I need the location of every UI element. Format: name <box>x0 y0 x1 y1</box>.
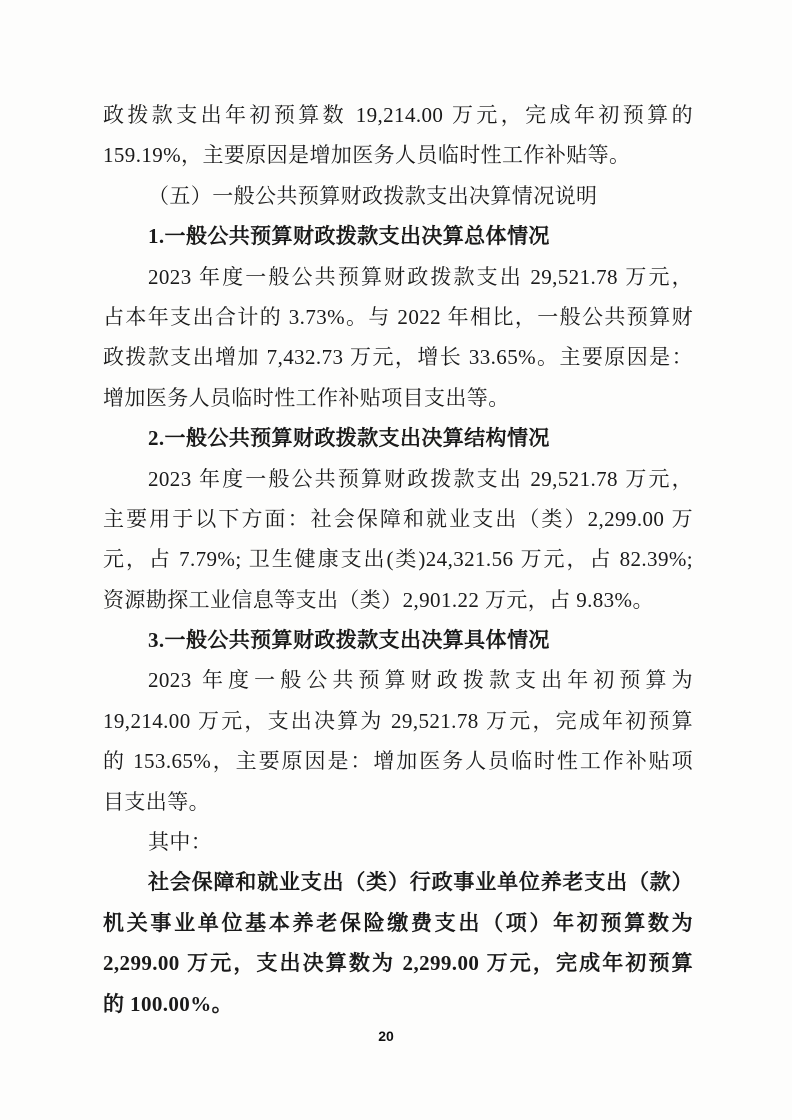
document-page: 政拨款支出年初预算数 19,214.00 万元，完成年初预算的 159.19%，… <box>0 0 792 1120</box>
paragraph-line: 增加医务人员临时性工作补贴项目支出等。 <box>103 378 693 418</box>
paragraph-line: 政拨款支出年初预算数 19,214.00 万元，完成年初预算的 <box>103 95 693 135</box>
paragraph-line-bold: 2,299.00 万元，支出决算数为 2,299.00 万元，完成年初预算 <box>103 943 693 983</box>
heading-section-5: （五）一般公共预算财政拨款支出决算情况说明 <box>103 176 693 216</box>
heading-subsection-3: 3.一般公共预算财政拨款支出决算具体情况 <box>103 620 693 660</box>
paragraph-line: 的 153.65%，主要原因是：增加医务人员临时性工作补贴项 <box>103 741 693 781</box>
paragraph-line: 政拨款支出增加 7,432.73 万元，增长 33.65%。主要原因是： <box>103 337 693 377</box>
heading-subsection-1: 1.一般公共预算财政拨款支出决算总体情况 <box>103 216 693 256</box>
paragraph-line-bold: 社会保障和就业支出（类）行政事业单位养老支出（款） <box>103 862 693 902</box>
paragraph-line: 159.19%，主要原因是增加医务人员临时性工作补贴等。 <box>103 135 693 175</box>
paragraph-line: 2023 年度一般公共预算财政拨款支出 29,521.78 万元， <box>103 257 693 297</box>
paragraph-line: 2023 年度一般公共预算财政拨款支出 29,521.78 万元， <box>103 459 693 499</box>
paragraph-line: 占本年支出合计的 3.73%。与 2022 年相比，一般公共预算财 <box>103 297 693 337</box>
paragraph-line: 主要用于以下方面：社会保障和就业支出（类）2,299.00 万 <box>103 499 693 539</box>
page-number: 20 <box>0 1028 772 1044</box>
heading-subsection-2: 2.一般公共预算财政拨款支出决算结构情况 <box>103 418 693 458</box>
paragraph-line: 资源勘探工业信息等支出（类）2,901.22 万元，占 9.83%。 <box>103 580 693 620</box>
document-text-block: 政拨款支出年初预算数 19,214.00 万元，完成年初预算的 159.19%，… <box>103 95 693 1024</box>
paragraph-line: 其中： <box>103 822 693 862</box>
paragraph-line: 19,214.00 万元，支出决算为 29,521.78 万元，完成年初预算 <box>103 701 693 741</box>
paragraph-line: 2023 年度一般公共预算财政拨款支出年初预算为 <box>103 660 693 700</box>
paragraph-line-bold: 机关事业单位基本养老保险缴费支出（项）年初预算数为 <box>103 903 693 943</box>
paragraph-line: 目支出等。 <box>103 782 693 822</box>
paragraph-line: 元，占 7.79%; 卫生健康支出(类)24,321.56 万元，占 82.39… <box>103 539 693 579</box>
paragraph-line-bold: 的 100.00%。 <box>103 984 693 1024</box>
